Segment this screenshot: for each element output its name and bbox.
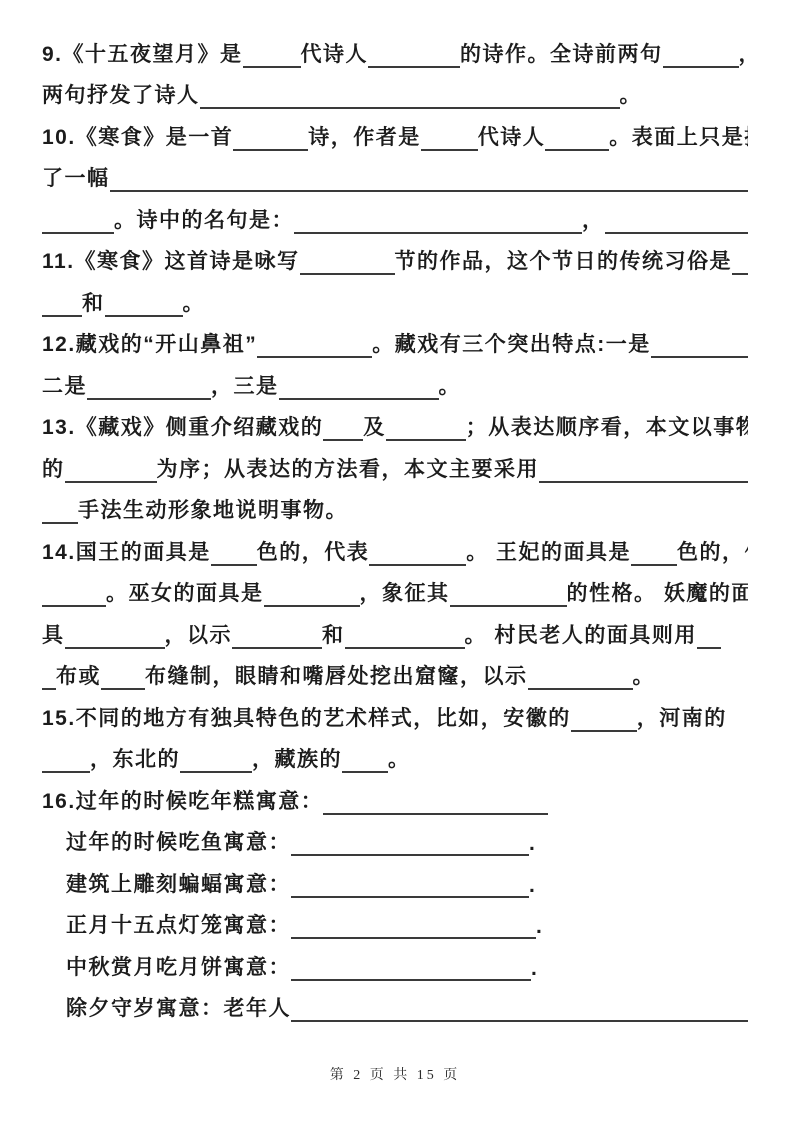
text-run: 诗，作者是 bbox=[308, 121, 421, 151]
fill-in-blank-line bbox=[291, 974, 531, 981]
fill-in-blank-line bbox=[323, 434, 363, 441]
fill-in-blank-line bbox=[110, 185, 749, 192]
fill-in-blank-line bbox=[421, 144, 478, 151]
text-run: . bbox=[529, 874, 536, 898]
text-run: 的 bbox=[42, 453, 65, 483]
question-line: 12.藏戏的“开山鼻祖”。藏戏有三个突出特点:一是， bbox=[42, 317, 748, 359]
fill-in-blank-line bbox=[450, 600, 567, 607]
fill-in-blank-line bbox=[291, 849, 529, 856]
fill-in-blank-line bbox=[264, 600, 360, 607]
text-run: 代诗人 bbox=[301, 38, 369, 68]
fill-in-blank-line bbox=[200, 102, 620, 109]
fill-in-blank-line bbox=[233, 144, 308, 151]
text-run: . bbox=[536, 915, 543, 939]
fill-in-blank-line bbox=[65, 476, 157, 483]
fill-in-blank-line bbox=[631, 559, 677, 566]
text-run: . bbox=[529, 832, 536, 856]
text-run: ，藏族的 bbox=[252, 743, 342, 773]
question-line: 建筑上雕刻蝙蝠寓意：. bbox=[42, 856, 748, 898]
text-run: 12.藏戏的“开山鼻祖” bbox=[42, 328, 257, 358]
text-run: 。表面上只是描绘 bbox=[609, 121, 748, 151]
question-line: 。巫女的面具是，象征其的性格。 妖魔的面 bbox=[42, 566, 748, 608]
fill-in-blank-line bbox=[345, 642, 465, 649]
fill-in-blank-line bbox=[342, 766, 388, 773]
text-run: 。 bbox=[633, 660, 656, 690]
text-run: 的诗作。全诗前两句 bbox=[460, 38, 663, 68]
question-line: 。诗中的名句是：，。 bbox=[42, 192, 748, 234]
question-lines: 9.《十五夜望月》是代诗人的诗作。全诗前两句，后两句抒发了诗人。10.《寒食》是… bbox=[42, 26, 748, 1022]
question-line: 10.《寒食》是一首诗，作者是代诗人。表面上只是描绘 bbox=[42, 109, 748, 151]
fill-in-blank-line bbox=[279, 393, 439, 400]
text-run: 色的，代表 bbox=[677, 536, 748, 566]
fill-in-blank-line bbox=[323, 808, 548, 815]
text-run: ，后 bbox=[739, 38, 748, 68]
fill-in-blank-line bbox=[571, 725, 637, 732]
fill-in-blank-line bbox=[369, 559, 466, 566]
fill-in-blank-line bbox=[87, 393, 211, 400]
question-line: 具，以示和。 村民老人的面具则用 bbox=[42, 607, 748, 649]
text-run: 中秋赏月吃月饼寓意： bbox=[66, 951, 291, 981]
fill-in-blank-line bbox=[257, 351, 372, 358]
question-line: 手法生动形象地说明事物。 bbox=[42, 483, 748, 525]
text-run: . bbox=[531, 957, 538, 981]
text-run: 15.不同的地方有独具特色的艺术样式，比如，安徽的 bbox=[42, 702, 571, 732]
text-run: 建筑上雕刻蝙蝠寓意： bbox=[66, 868, 291, 898]
text-run: ，三是 bbox=[211, 370, 279, 400]
fill-in-blank-line bbox=[42, 683, 56, 690]
text-run: 。 bbox=[183, 287, 206, 317]
fill-in-blank-line bbox=[291, 891, 529, 898]
text-run: 。 bbox=[439, 370, 462, 400]
fill-in-blank-line bbox=[539, 476, 748, 483]
fill-in-blank-line bbox=[180, 766, 252, 773]
question-line: 布或布缝制，眼睛和嘴唇处挖出窟窿，以示。 bbox=[42, 649, 748, 691]
fill-in-blank-line bbox=[294, 227, 582, 234]
text-run: 14.国王的面具是 bbox=[42, 536, 211, 566]
text-run: 二是 bbox=[42, 370, 87, 400]
text-run: ，河南的 bbox=[637, 702, 727, 732]
text-run: 。 村民老人的面具则用 bbox=[465, 619, 697, 649]
text-run: 两句抒发了诗人 bbox=[42, 79, 200, 109]
text-run: 代诗人 bbox=[478, 121, 546, 151]
question-line: 14.国王的面具是色的，代表。 王妃的面具是色的，代表 bbox=[42, 524, 748, 566]
fill-in-blank-line bbox=[105, 310, 183, 317]
text-run: 。 bbox=[388, 743, 411, 773]
fill-in-blank-line bbox=[732, 268, 748, 275]
text-run: 。 王妃的面具是 bbox=[466, 536, 631, 566]
text-run: 。藏戏有三个突出特点:一是 bbox=[372, 328, 651, 358]
fill-in-blank-line bbox=[232, 642, 322, 649]
question-line: 除夕守岁寓意：老年人 bbox=[42, 981, 748, 1023]
text-run: 10.《寒食》是一首 bbox=[42, 121, 233, 151]
text-run: 手法生动形象地说明事物。 bbox=[78, 494, 348, 524]
question-line: 的为序；从表达的方法看，本文主要采用 bbox=[42, 441, 748, 483]
text-run: ，象征其 bbox=[360, 577, 450, 607]
fill-in-blank-line bbox=[300, 268, 395, 275]
fill-in-blank-line bbox=[42, 600, 106, 607]
text-run: ， bbox=[582, 204, 605, 234]
question-line: 和。 bbox=[42, 275, 748, 317]
text-run: 13.《藏戏》侧重介绍藏戏的 bbox=[42, 411, 323, 441]
question-line: 正月十五点灯笼寓意：. bbox=[42, 898, 748, 940]
fill-in-blank-line bbox=[651, 351, 748, 358]
fill-in-blank-line bbox=[243, 61, 301, 68]
text-run: 及 bbox=[363, 411, 386, 441]
text-run: 和 bbox=[82, 287, 105, 317]
text-run: 9.《十五夜望月》是 bbox=[42, 38, 243, 68]
text-run: 。诗中的名句是： bbox=[114, 204, 294, 234]
text-run: 过年的时候吃鱼寓意： bbox=[66, 826, 291, 856]
text-run: 16.过年的时候吃年糕寓意： bbox=[42, 785, 323, 815]
text-run: 了一幅 bbox=[42, 162, 110, 192]
text-run: 布或 bbox=[56, 660, 101, 690]
text-run: 。 bbox=[620, 79, 643, 109]
fill-in-blank-line bbox=[368, 61, 460, 68]
text-run: 节的作品，这个节日的传统习俗是 bbox=[395, 245, 733, 275]
fill-in-blank-line bbox=[42, 310, 82, 317]
fill-in-blank-line bbox=[697, 642, 721, 649]
fill-in-blank-line bbox=[605, 227, 749, 234]
question-line: 二是，三是。 bbox=[42, 358, 748, 400]
text-run: 除夕守岁寓意：老年人 bbox=[66, 992, 291, 1022]
text-run: 11.《寒食》这首诗是咏写 bbox=[42, 245, 300, 275]
worksheet-page: 9.《十五夜望月》是代诗人的诗作。全诗前两句，后两句抒发了诗人。10.《寒食》是… bbox=[0, 0, 793, 1122]
fill-in-blank-line bbox=[211, 559, 257, 566]
text-run: 布缝制，眼睛和嘴唇处挖出窟窿，以示 bbox=[145, 660, 528, 690]
text-run: 的性格。 妖魔的面 bbox=[567, 577, 749, 607]
text-run: 为序；从表达的方法看，本文主要采用 bbox=[157, 453, 540, 483]
question-line: 13.《藏戏》侧重介绍藏戏的及；从表达顺序看，本文以事物 bbox=[42, 400, 748, 442]
question-line: 11.《寒食》这首诗是咏写节的作品，这个节日的传统习俗是 bbox=[42, 234, 748, 276]
question-line: 两句抒发了诗人。 bbox=[42, 68, 748, 110]
question-line: 9.《十五夜望月》是代诗人的诗作。全诗前两句，后 bbox=[42, 26, 748, 68]
text-run: 。巫女的面具是 bbox=[106, 577, 264, 607]
fill-in-blank-line bbox=[42, 227, 114, 234]
text-run: 和 bbox=[322, 619, 345, 649]
fill-in-blank-line bbox=[291, 932, 536, 939]
text-run: ，东北的 bbox=[90, 743, 180, 773]
question-line: 16.过年的时候吃年糕寓意： bbox=[42, 773, 748, 815]
fill-in-blank-line bbox=[42, 517, 78, 524]
question-line: ，东北的，藏族的。 bbox=[42, 732, 748, 774]
fill-in-blank-line bbox=[386, 434, 466, 441]
text-run: ，以示 bbox=[165, 619, 233, 649]
fill-in-blank-line bbox=[528, 683, 633, 690]
text-run: 正月十五点灯笼寓意： bbox=[66, 909, 291, 939]
fill-in-blank-line bbox=[65, 642, 165, 649]
text-run: 具 bbox=[42, 619, 65, 649]
fill-in-blank-line bbox=[291, 1015, 748, 1022]
page-number: 第 2 页 共 15 页 bbox=[330, 1068, 461, 1083]
page-footer: 第 2 页 共 15 页 bbox=[42, 1064, 748, 1084]
question-line: 中秋赏月吃月饼寓意：. bbox=[42, 939, 748, 981]
text-run: 色的，代表 bbox=[257, 536, 370, 566]
question-line: 15.不同的地方有独具特色的艺术样式，比如，安徽的，河南的 bbox=[42, 690, 748, 732]
text-run: ；从表达顺序看，本文以事物 bbox=[466, 411, 748, 441]
question-line: 过年的时候吃鱼寓意：. bbox=[42, 815, 748, 857]
fill-in-blank-line bbox=[101, 683, 145, 690]
fill-in-blank-line bbox=[663, 61, 739, 68]
question-line: 了一幅 bbox=[42, 151, 748, 193]
fill-in-blank-line bbox=[545, 144, 609, 151]
fill-in-blank-line bbox=[42, 766, 90, 773]
